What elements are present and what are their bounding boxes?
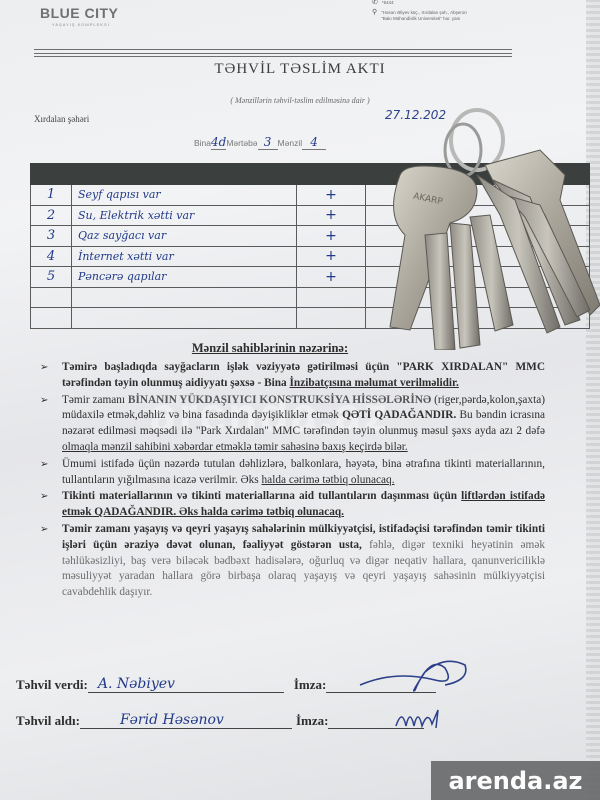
logo-subtitle: YAŞAYIŞ KOMPLEKSİ xyxy=(52,22,118,27)
bina-label: Bina xyxy=(194,138,211,148)
notice-item: ➢ Təmir zamanı yaşayış və qeyri yaşayış … xyxy=(40,522,545,601)
row-check: + xyxy=(297,226,366,247)
row-check xyxy=(297,287,366,308)
mertebe-value: 3 xyxy=(258,135,278,150)
row-number: 2 xyxy=(31,205,72,226)
city-label: Xırdalan şəhəri xyxy=(34,114,89,124)
row-check xyxy=(297,308,366,329)
given-name-line: A. Nəbiyev xyxy=(88,676,284,693)
arrow-bullet-icon: ➢ xyxy=(40,457,48,473)
address-line-2: "Bakı Mühəndislik Universiteti" hər. yan… xyxy=(381,16,467,22)
row-description: İnternet xətti var xyxy=(72,246,297,267)
blue-city-logo: BLUE CITY YAŞAYIŞ KOMPLEKSİ xyxy=(40,5,118,27)
row-description xyxy=(72,287,297,308)
arrow-bullet-icon: ➢ xyxy=(40,489,48,505)
bina-value: 4d xyxy=(211,135,226,150)
received-signature-icon xyxy=(392,706,462,732)
arenda-watermark: arenda.az xyxy=(431,761,600,800)
row-description: Su, Elektrik xətti var xyxy=(72,205,297,226)
notice-item: ➢ Tikinti materiallarının və tikinti mat… xyxy=(40,489,545,521)
row-description: Seyf qapısı var xyxy=(72,185,297,206)
given-name: A. Nəbiyev xyxy=(98,676,175,692)
row-description xyxy=(72,308,297,329)
apartment-info: Bina4dMərtəbə3Mənzil4 xyxy=(194,135,326,150)
mertebe-label: Mərtəbə xyxy=(226,138,257,148)
phone-icon: ✆ xyxy=(372,0,378,6)
arrow-bullet-icon: ➢ xyxy=(40,522,48,538)
row-number: 1 xyxy=(31,185,72,206)
row-number: 3 xyxy=(31,226,72,247)
keys-bunch: AKARP xyxy=(365,105,600,350)
notice-list: ➢ Təmirə başladıqda sayğacların işlək və… xyxy=(40,360,545,602)
received-label: Təhvil aldı: xyxy=(16,713,80,729)
row-number: 5 xyxy=(31,267,72,288)
given-label: Təhvil verdi: xyxy=(16,677,88,693)
row-check: + xyxy=(297,267,366,288)
menzil-value: 4 xyxy=(302,135,326,150)
row-check: + xyxy=(297,205,366,226)
row-number xyxy=(31,287,72,308)
phone-number: *5444 xyxy=(382,0,394,6)
menzil-label: Mənzil xyxy=(278,138,303,148)
received-name-line: Fərid Həsənov xyxy=(80,712,292,729)
notice-item: ➢ Təmirə başladıqda sayğacların işlək və… xyxy=(40,360,545,392)
row-check: + xyxy=(297,185,366,206)
given-signature-icon xyxy=(355,650,475,700)
document-title: TƏHVİL TƏSLİM AKTI xyxy=(0,61,600,78)
arrow-bullet-icon: ➢ xyxy=(40,360,48,376)
contact-info: ✆*5444 ⚲ "Həsən Əliyev küç., Xırdalan şə… xyxy=(372,0,467,26)
notice-item: ➢ Ümumi istifadə üçün nəzərdə tutulan də… xyxy=(40,457,545,489)
received-sign-label: İmza: xyxy=(296,713,329,729)
notice-item: ➢ Təmir zamanı BİNANIN YÜKDAŞIYICI KONST… xyxy=(40,393,545,456)
row-number: 4 xyxy=(31,246,72,267)
arrow-bullet-icon: ➢ xyxy=(40,393,48,409)
received-name: Fərid Həsənov xyxy=(120,712,224,728)
notice-title: Mənzil sahiblərinin nəzərinə: xyxy=(0,341,540,356)
row-description: Qaz sayğacı var xyxy=(72,226,297,247)
header-rule xyxy=(34,53,512,54)
document-subtitle: ( Mənzillərin təhvil-təslim edilməsinə d… xyxy=(0,96,600,105)
row-description: Pəncərə qapılar xyxy=(72,267,297,288)
handover-received-row: Təhvil aldı: Fərid Həsənov İmza: xyxy=(16,712,424,729)
location-pin-icon: ⚲ xyxy=(372,10,377,16)
given-sign-label: İmza: xyxy=(294,677,327,693)
row-number xyxy=(31,308,72,329)
logo-name: BLUE CITY xyxy=(40,5,118,21)
header-rule xyxy=(34,49,512,50)
header-rule xyxy=(34,56,512,57)
row-check: + xyxy=(297,246,366,267)
